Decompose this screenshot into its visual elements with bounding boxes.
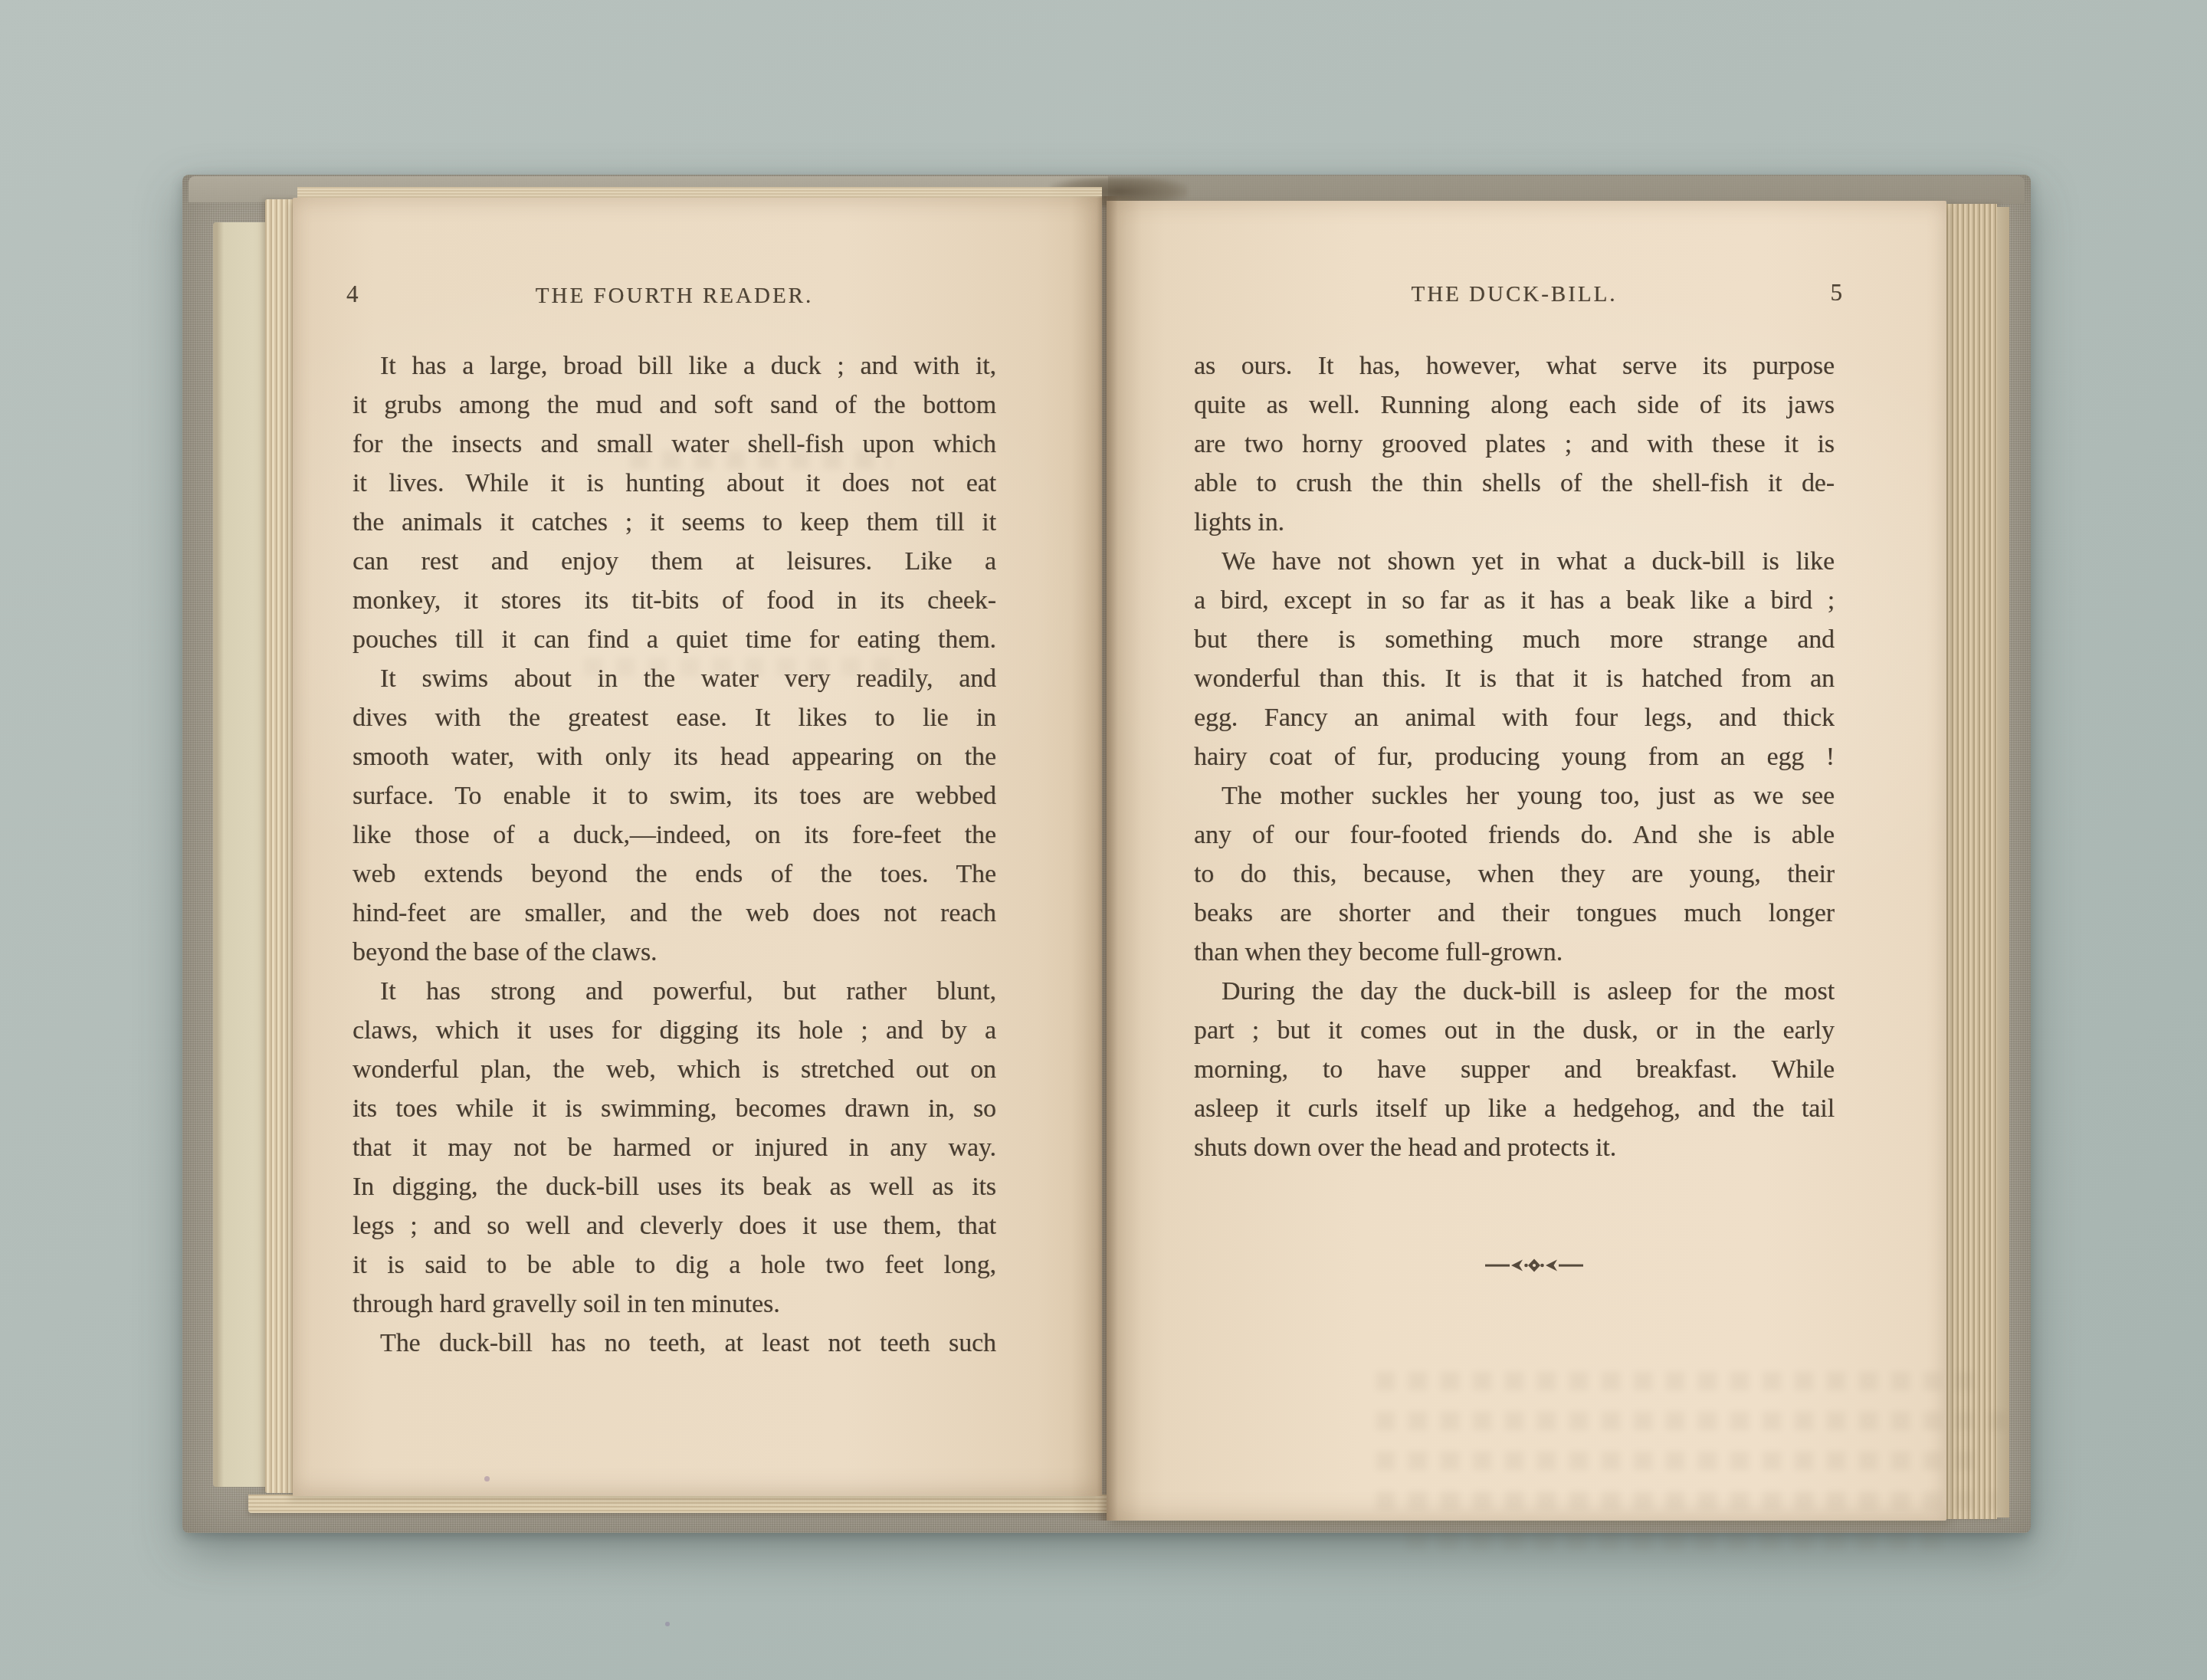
- page-left: 4 THE FOURTH READER. It has a large, bro…: [293, 198, 1102, 1496]
- text-line: egg. Fancy an animal with four legs, and…: [1194, 698, 1835, 737]
- text-line: through hard gravelly soil in ten minute…: [353, 1285, 996, 1324]
- text-line: surface. To enable it to swim, its toes …: [353, 776, 996, 815]
- text-line: than when they become full-grown.: [1194, 933, 1835, 972]
- text-line: shuts down over the head and protects it…: [1194, 1128, 1835, 1167]
- text-line: its toes while it is swimming, becomes d…: [353, 1089, 996, 1128]
- text-line: wonderful than this. It is that it is ha…: [1194, 659, 1835, 698]
- text-line: as ours. It has, however, what serve its…: [1194, 346, 1835, 386]
- page-stack-left-edge: [265, 199, 296, 1493]
- text-line: monkey, it stores its tit-bits of food i…: [353, 581, 996, 620]
- text-line: web extends beyond the ends of the toes.…: [353, 855, 996, 894]
- cover-top-edge-right: [1108, 176, 2025, 204]
- text-line: beyond the base of the claws.: [353, 933, 996, 972]
- paragraph: The mother suckles her young too, just a…: [1194, 776, 1835, 972]
- text-line: it grubs among the mud and soft sand of …: [353, 386, 996, 425]
- text-line: any of our four-footed friends do. And s…: [1194, 815, 1835, 855]
- paragraph: It has a large, broad bill like a duck ;…: [353, 346, 996, 659]
- text-line: lights in.: [1194, 503, 1835, 542]
- paragraph: It has strong and powerful, but rather b…: [353, 972, 996, 1324]
- text-block-right: as ours. It has, however, what serve its…: [1194, 346, 1835, 1167]
- text-block-left: It has a large, broad bill like a duck ;…: [353, 346, 996, 1363]
- text-line: it is said to be able to dig a hole two …: [353, 1245, 996, 1285]
- text-line: beaks are shorter and their tongues much…: [1194, 894, 1835, 933]
- text-line: smooth water, with only its head appeari…: [353, 737, 996, 776]
- show-through-text: [1376, 1491, 1997, 1510]
- text-line: to do this, because, when they are young…: [1194, 855, 1835, 894]
- book-cover: 4 THE FOURTH READER. It has a large, bro…: [182, 175, 2031, 1533]
- text-line: claws, which it uses for digging its hol…: [353, 1011, 996, 1050]
- text-line: It has a large, broad bill like a duck ;…: [353, 346, 996, 386]
- text-line: can rest and enjoy them at leisures. Lik…: [353, 542, 996, 581]
- text-line: for the insects and small water shell-fi…: [353, 425, 996, 464]
- paragraph: We have not shown yet in what a duck-bil…: [1194, 542, 1835, 776]
- text-line: dives with the greatest ease. It likes t…: [353, 698, 996, 737]
- running-title: THE FOURTH READER.: [353, 284, 996, 309]
- text-line: The mother suckles her young too, just a…: [1194, 776, 1835, 815]
- text-line: part ; but it comes out in the dusk, or …: [1194, 1011, 1835, 1050]
- text-line: pouches till it can find a quiet time fo…: [353, 620, 996, 659]
- text-line: During the day the duck-bill is asleep f…: [1194, 972, 1835, 1011]
- text-line: like those of a duck,—indeed, on its for…: [353, 815, 996, 855]
- page-right: THE DUCK-BILL. 5 as ours. It has, howeve…: [1107, 201, 1946, 1521]
- paragraph: During the day the duck-bill is asleep f…: [1194, 972, 1835, 1167]
- text-line: We have not shown yet in what a duck-bil…: [1194, 542, 1835, 581]
- paragraph: The duck-bill has no teeth, at least not…: [353, 1324, 996, 1363]
- text-line: a bird, except in so far as it has a bea…: [1194, 581, 1835, 620]
- text-line: asleep it curls itself up like a hedgeho…: [1194, 1089, 1835, 1128]
- page-number: 4: [346, 281, 359, 308]
- show-through-text: [1376, 1452, 1974, 1470]
- text-line: quite as well. Running along each side o…: [1194, 386, 1835, 425]
- page-stack-fore-edge: [1946, 204, 1997, 1519]
- photo-background: 4 THE FOURTH READER. It has a large, bro…: [0, 0, 2207, 1680]
- page-header-left: 4 THE FOURTH READER.: [353, 284, 996, 317]
- running-title: THE DUCK-BILL.: [1194, 282, 1835, 307]
- fleuron-divider-icon: [1484, 1257, 1585, 1274]
- text-line: hind-feet are smaller, and the web does …: [353, 894, 996, 933]
- paragraph: as ours. It has, however, what serve its…: [1194, 346, 1835, 542]
- text-line: are two horny grooved plates ; and with …: [1194, 425, 1835, 464]
- text-line: It has strong and powerful, but rather b…: [353, 972, 996, 1011]
- text-line: wonderful plan, the web, which is stretc…: [353, 1050, 996, 1089]
- text-line: morning, to have supper and breakfast. W…: [1194, 1050, 1835, 1089]
- text-line: able to crush the thin shells of the she…: [1194, 464, 1835, 503]
- text-line: legs ; and so well and cleverly does it …: [353, 1206, 996, 1245]
- text-line: but there is something much more strange…: [1194, 620, 1835, 659]
- show-through-text: [1407, 1531, 1943, 1550]
- fore-edge-band: [1997, 207, 2009, 1518]
- ink-speck: [665, 1622, 670, 1626]
- text-line: the animals it catches ; it seems to kee…: [353, 503, 996, 542]
- page-number: 5: [1831, 279, 1843, 307]
- text-line: that it may not be harmed or injured in …: [353, 1128, 996, 1167]
- section-divider: [1194, 1257, 1835, 1274]
- show-through-text: [1376, 1412, 2012, 1430]
- ink-speck: [484, 1476, 490, 1481]
- text-line: It swims about in the water very readily…: [353, 659, 996, 698]
- paragraph: It swims about in the water very readily…: [353, 659, 996, 972]
- page-header-right: THE DUCK-BILL. 5: [1194, 282, 1835, 316]
- show-through-text: [1376, 1372, 1989, 1390]
- text-line: it lives. While it is hunting about it d…: [353, 464, 996, 503]
- text-line: In digging, the duck-bill uses its beak …: [353, 1167, 996, 1206]
- text-line: hairy coat of fur, producing young from …: [1194, 737, 1835, 776]
- text-line: The duck-bill has no teeth, at least not…: [353, 1324, 996, 1363]
